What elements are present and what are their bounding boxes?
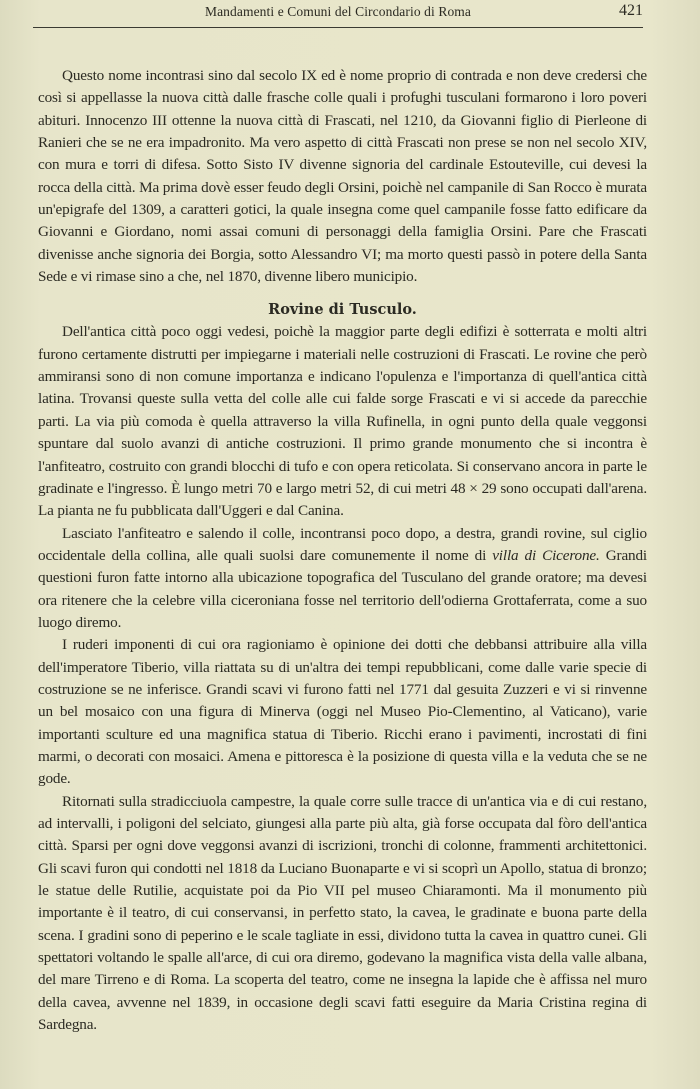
page-header: Mandamenti e Comuni del Circondario di R… xyxy=(33,0,643,28)
paragraph-ancient-city: Dell'antica città poco oggi vedesi, poic… xyxy=(38,321,647,522)
paragraph-frascati-history: Questo nome incontrasi sino dal secolo I… xyxy=(38,65,647,288)
paragraph-ruderi-tiberio: I ruderi imponenti di cui ora ragioniamo… xyxy=(38,634,647,790)
page-number: 421 xyxy=(619,2,643,20)
italic-term: villa di Cicerone. xyxy=(492,547,599,564)
paragraph-villa-di-cicerone: Lasciato l'anfiteatro e salendo il colle… xyxy=(38,523,647,635)
paragraph-teatro: Ritornati sulla stradicciuola campestre,… xyxy=(38,791,647,1037)
section-heading-rovine-di-tusculo: Rovine di Tusculo. xyxy=(38,299,647,321)
page-body: Questo nome incontrasi sino dal secolo I… xyxy=(38,65,647,1036)
running-title: Mandamenti e Comuni del Circondario di R… xyxy=(33,4,643,20)
